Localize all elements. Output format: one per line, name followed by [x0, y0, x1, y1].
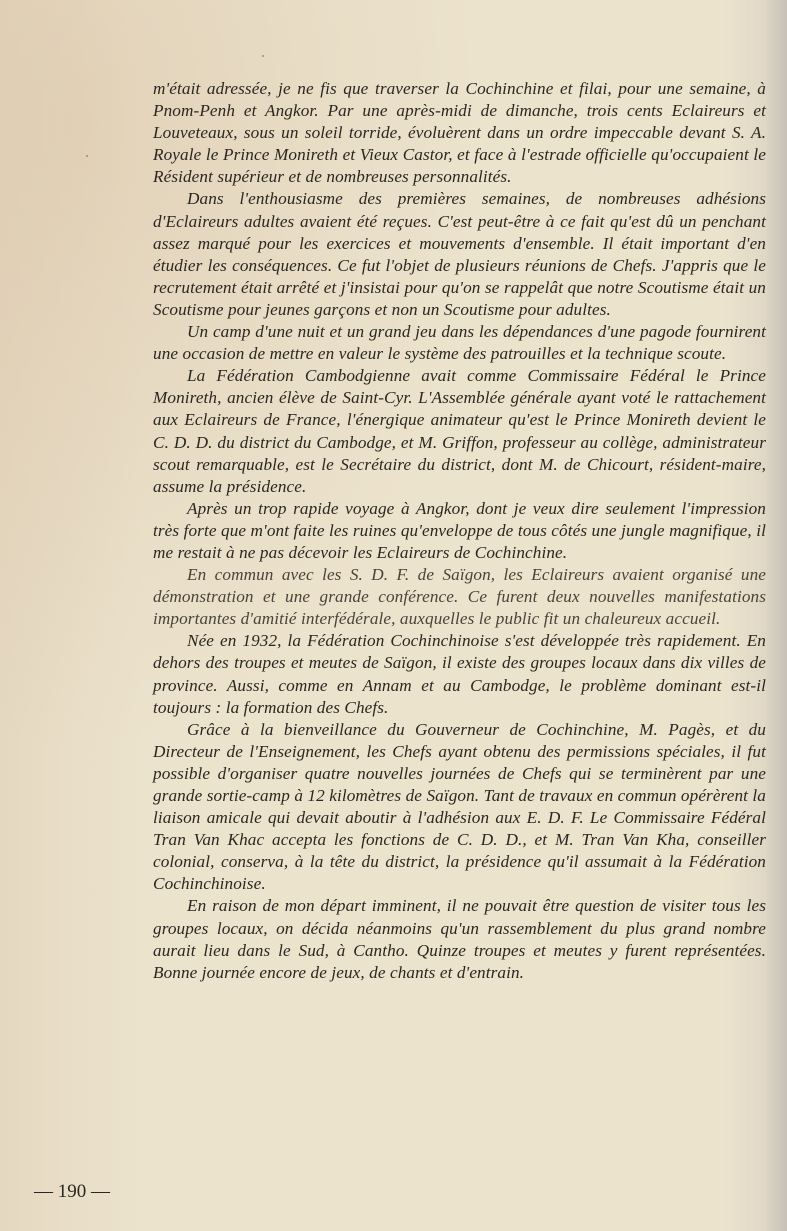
paragraph: En raison de mon départ imminent, il ne … — [153, 895, 766, 983]
paragraph: Grâce à la bienveillance du Gouverneur d… — [153, 719, 766, 896]
paragraph: Un camp d'une nuit et un grand jeu dans … — [153, 321, 766, 365]
paragraph: Dans l'enthousiasme des premières semain… — [153, 188, 766, 321]
paragraph: En commun avec les S. D. F. de Saïgon, l… — [153, 564, 766, 630]
paper-speck — [262, 55, 264, 57]
paragraph: m'était adressée, je ne fis que traverse… — [153, 78, 766, 188]
book-page: m'était adressée, je ne fis que traverse… — [0, 0, 787, 1231]
paragraph: Après un trop rapide voyage à Angkor, do… — [153, 498, 766, 564]
body-text: m'était adressée, je ne fis que traverse… — [153, 78, 766, 984]
paragraph: Née en 1932, la Fédération Cochinchinois… — [153, 630, 766, 718]
paper-speck — [86, 155, 88, 157]
paragraph: La Fédération Cambodgienne avait comme C… — [153, 365, 766, 498]
page-number: — 190 — — [34, 1181, 110, 1203]
page-gutter-shadow — [765, 0, 787, 1231]
